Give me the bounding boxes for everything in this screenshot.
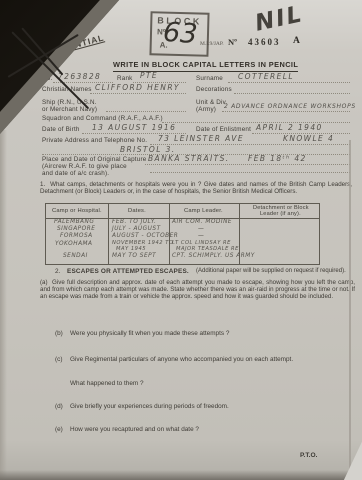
table-row-camp: YOKOHAMA bbox=[55, 241, 93, 247]
bottom-edge-shade bbox=[0, 470, 362, 480]
question-a: (a) Give full description and approx. da… bbox=[40, 279, 355, 300]
table-row-leader: — bbox=[198, 233, 204, 239]
field-birth-label: Date of Birth bbox=[42, 126, 80, 133]
question-a-text: Give full description and approx. date o… bbox=[40, 279, 355, 300]
question-c-label: (c) bbox=[55, 356, 62, 363]
table-row-dates: AUGUST - OCTOBER bbox=[112, 233, 178, 239]
dotted-line bbox=[228, 82, 350, 83]
field-christian-value: CLIFFORD HENRY bbox=[95, 83, 180, 92]
dotted-line bbox=[90, 93, 186, 94]
table-row-dates2: MAY 1945 bbox=[116, 246, 146, 252]
question-b-label: (b) bbox=[55, 330, 63, 337]
table-header-camp: Camp or Hospital. bbox=[52, 208, 102, 214]
field-capture-label2: (Aircrew R.A.F. to give place bbox=[42, 163, 127, 170]
camps-table: Camp or Hospital. Dates. Camp Leader. De… bbox=[45, 203, 320, 265]
field-unit-value: 2 ADVANCE ORDNANCE WORKSHOPS bbox=[224, 103, 356, 110]
table-header-dates: Dates. bbox=[128, 208, 146, 214]
field-surname-value: COTTERELL bbox=[238, 72, 294, 81]
question-e-label: (e) bbox=[55, 426, 63, 433]
right-edge-crease bbox=[349, 140, 351, 470]
field-no-value: 7263828 bbox=[58, 72, 101, 81]
question-e-text: How were you recaptured and on what date… bbox=[70, 426, 199, 433]
field-address-value3: BRISTOL 3. bbox=[120, 145, 176, 154]
table-row-camp: SINGAPORE bbox=[57, 226, 95, 232]
field-rank-label: Rank bbox=[117, 75, 133, 82]
pto-note: P.T.O. bbox=[300, 452, 317, 459]
question-d-text: Give briefly your experiences during per… bbox=[70, 403, 229, 410]
field-address-value2: KNOWLE 4 bbox=[283, 134, 334, 143]
dotted-line bbox=[150, 144, 350, 145]
table-row-dates: JULY - AUGUST bbox=[112, 226, 161, 232]
dotted-line bbox=[150, 172, 350, 173]
field-birth-value: 13 AUGUST 1916 bbox=[92, 123, 176, 132]
table-row-dates: FEB. TO JULY. bbox=[112, 219, 156, 225]
dotted-line bbox=[106, 111, 186, 112]
section1-number: 1. bbox=[40, 181, 45, 188]
left-edge-shade bbox=[0, 130, 7, 480]
field-squadron-label: Squadron and Command (R.A.F., A.A.F.) bbox=[42, 115, 163, 122]
question-c2-text: What happened to them ? bbox=[70, 380, 144, 387]
field-ship-label: Ship (R.N., U.S.N. bbox=[42, 99, 97, 106]
field-capture-value2: FEB 18ᵗʰ 42 bbox=[248, 154, 307, 163]
table-row-camp: PALEMBANG bbox=[54, 219, 94, 225]
field-rank-value: PTE bbox=[140, 71, 158, 80]
field-capture-label3: and date of a/c crash). bbox=[42, 170, 109, 177]
reference-number: 43603 bbox=[248, 37, 281, 47]
field-address-value: 73 LEINSTER AVE bbox=[158, 134, 244, 143]
dotted-line bbox=[145, 164, 350, 165]
question-c-text: Give Regimental particulars of anyone wh… bbox=[70, 356, 293, 363]
question-a-label: (a) bbox=[40, 279, 48, 286]
table-row-camp: SENDAI bbox=[63, 253, 88, 259]
table-header-leader: Camp Leader. bbox=[184, 208, 223, 214]
table-row-dates: MAY TO SEPT bbox=[112, 253, 156, 259]
question-b-text: Were you physically fit when you made th… bbox=[70, 330, 229, 337]
question-d-label: (d) bbox=[55, 403, 63, 410]
reference-series: A bbox=[293, 36, 300, 46]
dotted-line bbox=[234, 93, 350, 94]
section1-question: 1. What camps, detachments or hospitals … bbox=[40, 181, 352, 195]
field-enlist-value: APRIL 2 1940 bbox=[256, 123, 323, 132]
pow-liberation-questionnaire-scan: CONFIDENTIAL BLOCK Nº A. 63 NIL M.I.9/JA… bbox=[0, 0, 362, 480]
field-capture-label: Place and Date of Original Capture bbox=[42, 156, 146, 163]
field-capture-value: BANKA STRAITS. bbox=[148, 154, 230, 163]
field-unit-label2: (Army) bbox=[196, 106, 216, 113]
reference-no-label: Nº bbox=[228, 37, 237, 47]
table-row-leader: CPT. SCHIMPLY. US ARMY bbox=[172, 253, 255, 259]
field-enlist-label: Date of Enlistment bbox=[196, 126, 251, 133]
section1-question-text: What camps, detachments or hospitals wer… bbox=[40, 181, 352, 195]
field-address-label: Private Address and Telephone No. bbox=[42, 137, 147, 144]
table-row-leader2: MAJOR TEASDALE RE bbox=[176, 246, 239, 252]
section2-heading-note: (Additional paper will be supplied on re… bbox=[196, 268, 346, 274]
nil-annotation: NIL bbox=[253, 1, 306, 37]
table-row-camp: FORMOSA bbox=[60, 233, 93, 239]
section2-heading: ESCAPES OR ATTEMPTED ESCAPES. bbox=[67, 268, 189, 275]
table-column-divider bbox=[108, 204, 109, 264]
field-decorations-label: Decorations bbox=[196, 86, 232, 93]
table-header-block2: Leader (if any). bbox=[260, 211, 301, 217]
block-number-handwritten: 63 bbox=[162, 17, 198, 50]
section2-number: 2. bbox=[55, 268, 60, 275]
dotted-line bbox=[222, 111, 350, 112]
table-row-leader: AIR COM. MODINE bbox=[172, 219, 232, 225]
table-row-leader: — bbox=[198, 226, 204, 232]
field-unit-label: Unit & Div. bbox=[196, 99, 227, 106]
field-surname-label: Surname bbox=[196, 75, 223, 82]
instruction-title: WRITE IN BLOCK CAPITAL LETTERS IN PENCIL bbox=[113, 60, 298, 72]
